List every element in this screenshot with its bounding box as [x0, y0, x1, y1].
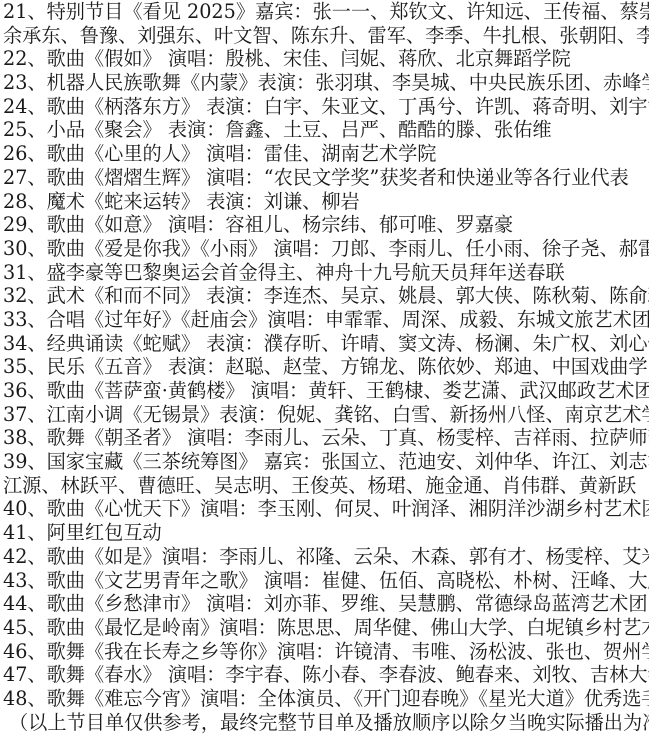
program-line-35: 35、民乐《五音》 表演：赵聪、赵莹、方锦龙、陈依妙、郑迪、中国戏曲学院 [3, 355, 649, 379]
program-line-25: 25、小品《聚会》 表演：詹鑫、土豆、吕严、酷酷的滕、张佑维 [3, 118, 649, 142]
program-line-30: 30、歌曲《爱是你我》《小雨》 演唱：刀郎、李雨儿、任小雨、徐子尧、郝雷 [3, 237, 649, 261]
program-line-41: 41、阿里红包互动 [3, 521, 649, 545]
program-line-21-continued: 余承东、鲁豫、刘强东、叶文智、陈东升、雷军、李季、牛扎根、张朝阳、李炜 [3, 24, 649, 48]
program-line-36: 36、歌曲《菩萨蛮·黄鹤楼》 演唱：黄轩、王鹤棣、娄艺潇、武汉邮政艺术团 [3, 379, 649, 403]
program-line-26: 26、歌曲《心里的人》 演唱：雷佳、湖南艺术学院 [3, 142, 649, 166]
program-line-21: 21、特别节目《看见 2025》嘉宾：张一一、郑钦文、许知远、王传福、蔡崇信、 [3, 0, 649, 24]
program-line-34: 34、经典诵读《蛇赋》 表演：濮存昕、许晴、窦文涛、杨澜、朱广权、刘心悦 [3, 332, 649, 356]
program-line-37: 37、江南小调《无锡景》表演：倪妮、龚铭、白雪、新扬州八怪、南京艺术学院 [3, 403, 649, 427]
program-line-48: 48、歌舞《难忘今宵》演唱：全体演员、《开门迎春晚》《星光大道》优秀选手 [3, 687, 649, 711]
program-line-32: 32、武术《和而不同》 表演：李连杰、吴京、姚晨、郭大侠、陈秋菊、陈俞瑾 [3, 284, 649, 308]
program-line-33: 33、合唱《过年好》《赶庙会》演唱：申霏霏、周深、成毅、东城文旅艺术团 [3, 308, 649, 332]
program-line-46: 46、歌舞《我在长寿之乡等你》演唱：许镜清、韦唯、汤松波、张也、贺州学院 [3, 640, 649, 664]
program-line-43: 43、歌曲《文艺男青年之歌》 演唱：崔健、伍佰、高晓松、朴树、汪峰、大鹏 [3, 569, 649, 593]
program-line-42: 42、歌曲《如是》演唱：李雨儿、祁隆、云朵、木森、郭有才、杨雯梓、艾米尔 [3, 545, 649, 569]
program-line-40: 40、歌曲《心忧天下》演唱：李玉刚、何炅、叶润泽、湘阴洋沙湖乡村艺术团 [3, 497, 649, 521]
program-line-44: 44、歌曲《乡愁津市》 演唱：刘亦菲、罗维、吴慧鹏、常德绿岛蓝湾艺术团 [3, 592, 649, 616]
program-line-23: 23、机器人民族歌舞《内蒙》表演：张羽琪、李昊城、中央民族乐团、赤峰学院 [3, 71, 649, 95]
program-list-document: 21、特别节目《看见 2025》嘉宾：张一一、郑钦文、许知远、王传福、蔡崇信、 … [3, 0, 649, 734]
program-line-39-continued: 江源、林跃平、曹德旺、吴志明、王俊英、杨珺、施金通、肖伟群、黄新跃 [3, 474, 649, 498]
program-line-27: 27、歌曲《熠熠生辉》 演唱：“农民文学奖”获奖者和快递业等各行业代表 [3, 166, 649, 190]
program-line-28: 28、魔术《蛇来运转》 表演：刘谦、柳岩 [3, 190, 649, 214]
disclaimer-note: （以上节目单仅供参考，最终完整节目单及播放顺序以除夕当晚实际播出为准） [3, 711, 649, 735]
program-line-29: 29、歌曲《如意》 演唱：容祖儿、杨宗纬、郁可唯、罗嘉豪 [3, 213, 649, 237]
program-line-45: 45、歌曲《最忆是岭南》演唱：陈思思、周华健、佛山大学、白坭镇乡村艺术团 [3, 616, 649, 640]
program-line-24: 24、歌曲《柄落东方》 表演：白宇、朱亚文、丁禹兮、许凯、蒋奇明、刘宇宁 [3, 95, 649, 119]
program-line-38: 38、歌舞《朝圣者》 演唱：李雨儿、云朵、丁真、杨雯梓、吉祥雨、拉萨师范 [3, 426, 649, 450]
program-line-22: 22、歌曲《假如》 演唱：殷桃、宋佳、闫妮、蒋欣、北京舞蹈学院 [3, 47, 649, 71]
program-line-31: 31、盛李豪等巴黎奥运会首金得主、神舟十九号航天员拜年送春联 [3, 261, 649, 285]
program-line-39: 39、国家宝藏《三茶统筹图》 嘉宾：张国立、范迪安、刘仲华、许江、刘志江、 [3, 450, 649, 474]
program-line-47: 47、歌舞《春水》 演唱：李宇春、陈小春、李春波、鲍春来、刘牧、吉林大学 [3, 663, 649, 687]
